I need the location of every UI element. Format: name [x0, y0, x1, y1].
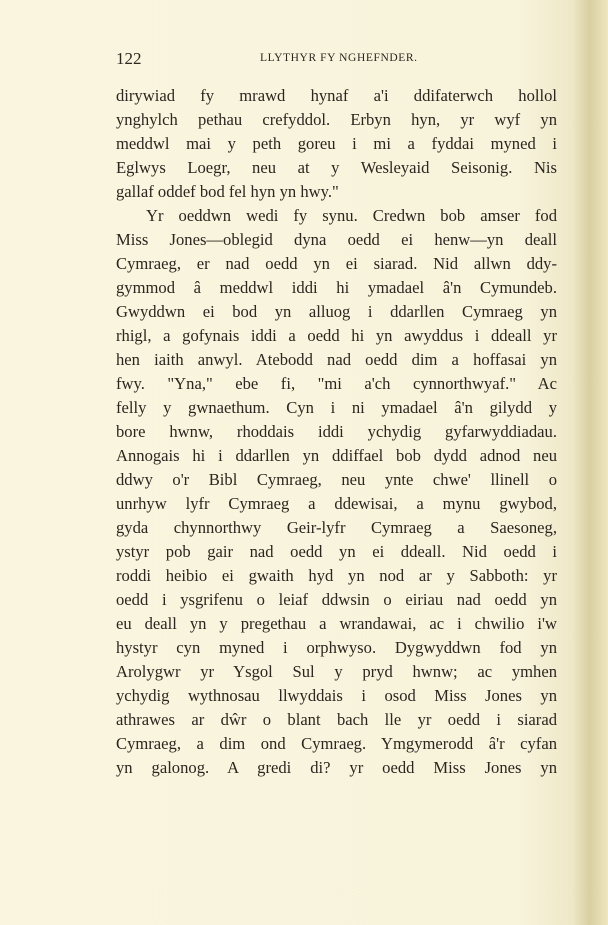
text-line: ystyr pob gair nad oedd yn ei ddeall. Ni… [116, 540, 557, 564]
text-line: rhigl, a gofynais iddi a oedd hi yn awyd… [116, 324, 557, 348]
text-line: gyda chynnorthwy Geir-lyfr Cymraeg a Sae… [116, 516, 557, 540]
text-line: Cymraeg, a dim ond Cymraeg. Ymgymerodd â… [116, 732, 557, 756]
text-line: felly y gwnaethum. Cyn i ni ymadael â'n … [116, 396, 557, 420]
text-line: hystyr cyn myned i orphwyso. Dygwyddwn f… [116, 636, 557, 660]
text-line: eu deall yn y pregethau a wrandawai, ac … [116, 612, 557, 636]
text-line: Eglwys Loegr, neu at y Wesleyaid Seisoni… [116, 156, 557, 180]
text-line: athrawes ar dŵr o blant bach lle yr oedd… [116, 708, 557, 732]
text-line: Cymraeg, er nad oedd yn ei siarad. Nid a… [116, 252, 557, 276]
text-line: Arolygwr yr Ysgol Sul y pryd hwnw; ac ym… [116, 660, 557, 684]
paragraph-start-line: Yr oeddwn wedi fy synu. Credwn bob amser… [116, 204, 557, 228]
body-text: dirywiad fy mrawd hynaf a'i ddifaterwch … [116, 84, 557, 780]
text-line: meddwl mai y peth goreu i mi a fyddai my… [116, 132, 557, 156]
text-line: bore hwnw, rhoddais iddi ychydig gyfarwy… [116, 420, 557, 444]
page-header: 122 LLYTHYR FY NGHEFNDER. [116, 49, 556, 71]
running-head: LLYTHYR FY NGHEFNDER. [260, 52, 418, 64]
text-line: yn galonog. A gredi di? yr oedd Miss Jon… [116, 756, 557, 780]
text-line: ynghylch pethau crefyddol. Erbyn hyn, yr… [116, 108, 557, 132]
text-line: dirywiad fy mrawd hynaf a'i ddifaterwch … [116, 84, 557, 108]
text-line: ychydig wythnosau llwyddais i osod Miss … [116, 684, 557, 708]
text-line: hen iaith anwyl. Atebodd nad oedd dim a … [116, 348, 557, 372]
text-line: oedd i ysgrifenu o leiaf ddwsin o eiriau… [116, 588, 557, 612]
page-number: 122 [116, 49, 142, 69]
text-line: fwy. "Yna," ebe fi, "mi a'ch cynnorthwya… [116, 372, 557, 396]
text-line: Miss Jones—oblegid dyna oedd ei henw—yn … [116, 228, 557, 252]
text-line: gymmod â meddwl iddi hi ymadael â'n Cymu… [116, 276, 557, 300]
text-line: unrhyw lyfr Cymraeg a ddewisai, a mynu g… [116, 492, 557, 516]
text-line: ddwy o'r Bibl Cymraeg, neu ynte chwe' ll… [116, 468, 557, 492]
text-line: gallaf oddef bod fel hyn yn hwy." [116, 180, 557, 204]
text-line: roddi heibio ei gwaith hyd yn nod ar y S… [116, 564, 557, 588]
text-line: Gwyddwn ei bod yn alluog i ddarllen Cymr… [116, 300, 557, 324]
text-line: Annogais hi i ddarllen yn ddiffael bob d… [116, 444, 557, 468]
book-page: 122 LLYTHYR FY NGHEFNDER. dirywiad fy mr… [0, 0, 608, 925]
